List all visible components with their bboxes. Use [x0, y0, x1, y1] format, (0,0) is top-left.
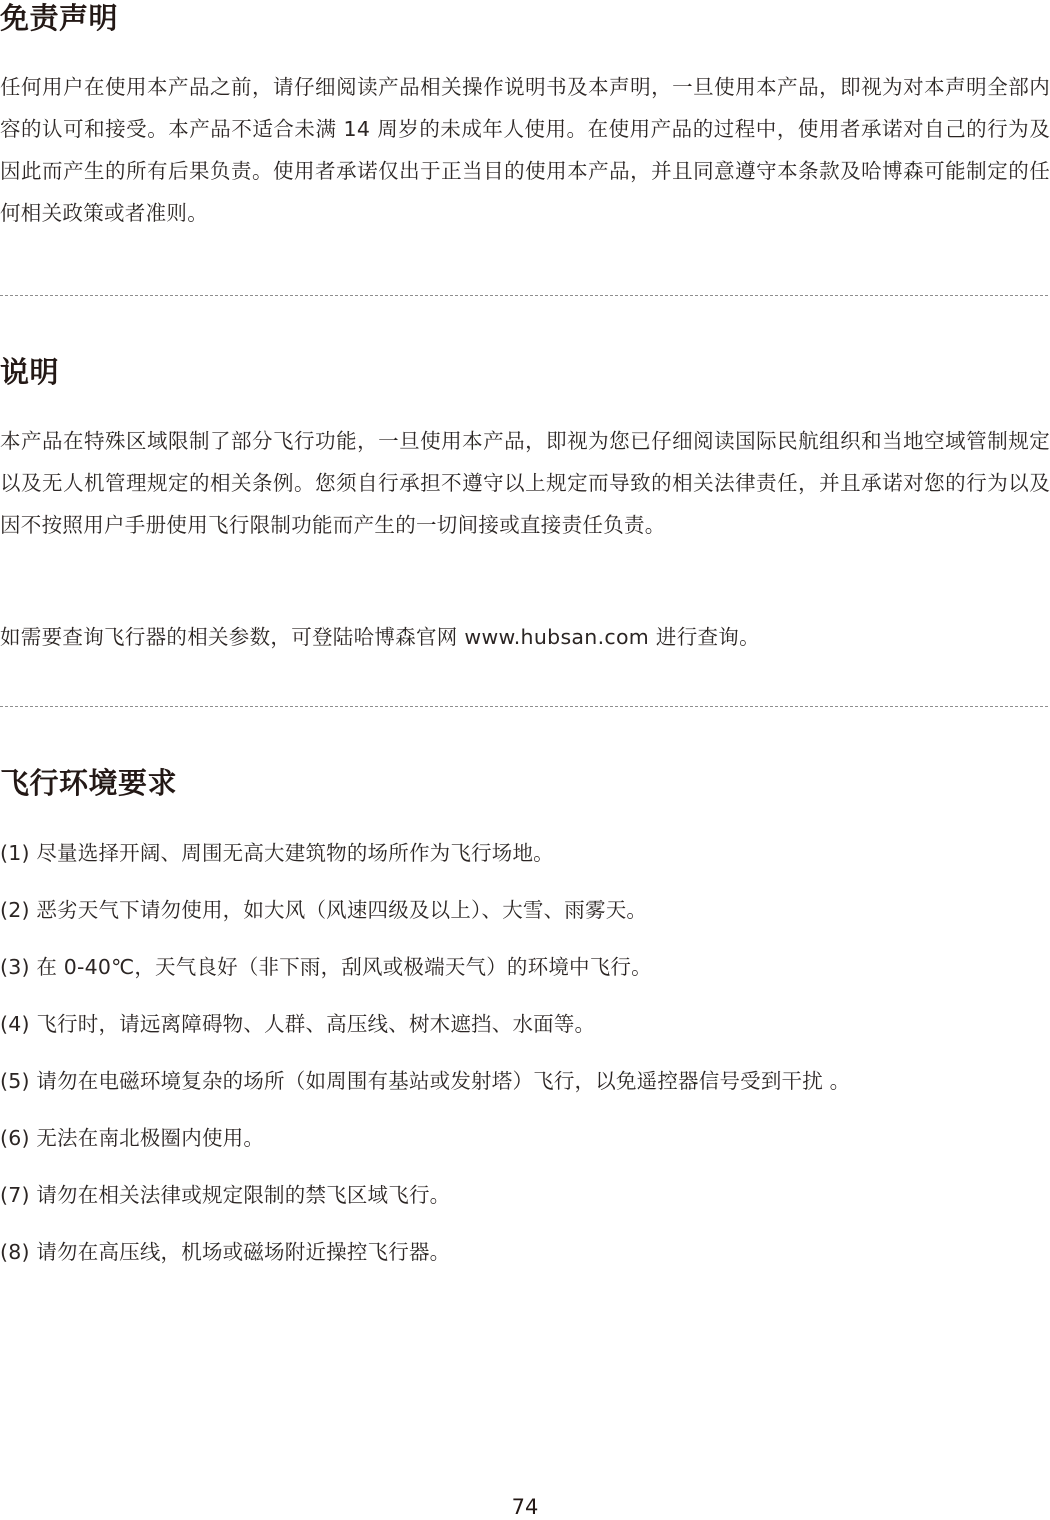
- list-item: (5) 请勿在电磁环境复杂的场所（如周围有基站或发射塔）飞行，以免遥控器信号受到…: [0, 1066, 850, 1096]
- manual-page: 免责声明 任何用户在使用本产品之前，请仔细阅读产品相关操作说明书及本声明，一旦使…: [0, 0, 1050, 1520]
- list-item: (2) 恶劣天气下请勿使用，如大风（风速四级及以上）、大雪、雨雾天。: [0, 895, 647, 925]
- list-item: (7) 请勿在相关法律或规定限制的禁飞区域飞行。: [0, 1180, 450, 1210]
- flight-environment-title: 飞行环境要求: [0, 765, 177, 801]
- section-divider: [0, 706, 1048, 707]
- disclaimer-body: 任何用户在使用本产品之前，请仔细阅读产品相关操作说明书及本声明，一旦使用本产品，…: [0, 66, 1050, 234]
- notes-body: 本产品在特殊区域限制了部分飞行功能，一旦使用本产品，即视为您已仔细阅读国际民航组…: [0, 420, 1050, 546]
- notes-title: 说明: [0, 354, 59, 390]
- website-note: 如需要查询飞行器的相关参数，可登陆哈博森官网 www.hubsan.com 进行…: [0, 616, 1050, 658]
- page-number: 74: [0, 1494, 1050, 1520]
- section-divider: [0, 295, 1048, 296]
- list-item: (3) 在 0-40℃，天气良好（非下雨，刮风或极端天气）的环境中飞行。: [0, 952, 652, 982]
- list-item: (6) 无法在南北极圈内使用。: [0, 1123, 264, 1153]
- list-item: (1) 尽量选择开阔、周围无高大建筑物的场所作为飞行场地。: [0, 838, 554, 868]
- disclaimer-title: 免责声明: [0, 0, 118, 36]
- list-item: (8) 请勿在高压线，机场或磁场附近操控飞行器。: [0, 1237, 450, 1267]
- list-item: (4) 飞行时，请远离障碍物、人群、高压线、树木遮挡、水面等。: [0, 1009, 595, 1039]
